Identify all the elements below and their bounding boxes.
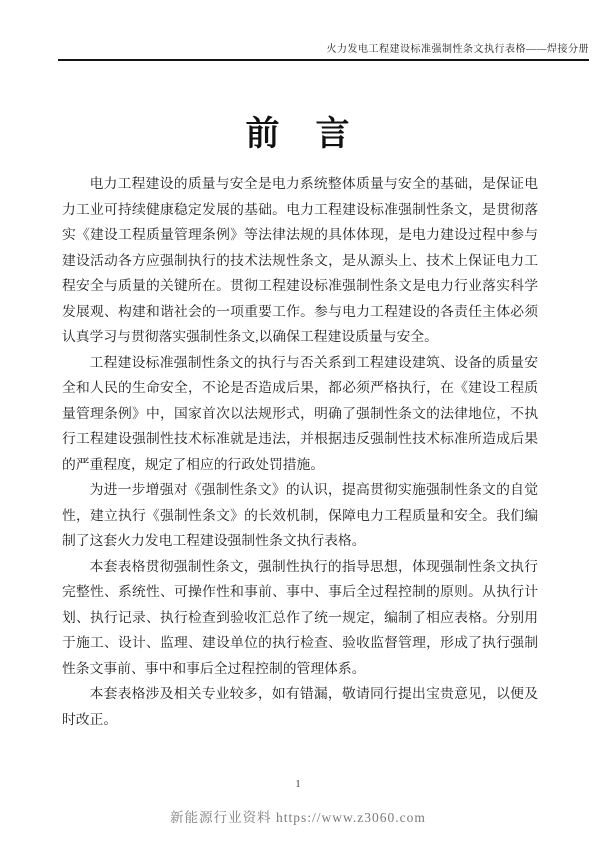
preface-body: 电力工程建设的质量与安全是电力系统整体质量与安全的基础，是保证电力工业可持续健康…: [62, 171, 538, 732]
paragraph: 本套表格涉及相关专业较多，如有错漏，敬请同行提出宝贵意见，以便及时改正。: [62, 681, 538, 732]
paragraph: 本套表格贯彻强制性条文，强制性执行的指导思想，体现强制性条文执行完整性、系统性、…: [62, 554, 538, 682]
watermark: 新能源行业资料 https://www.z3060.com: [0, 806, 596, 826]
page-number: 1: [0, 778, 596, 790]
document-page: 火力发电工程建设标准强制性条文执行表格——焊接分册 前 言 电力工程建设的质量与…: [0, 0, 596, 842]
running-header: 火力发电工程建设标准强制性条文执行表格——焊接分册: [58, 40, 589, 61]
page-title: 前 言: [0, 106, 596, 155]
paragraph: 为进一步增强对《强制性条文》的认识，提高贯彻实施强制性条文的自觉性，建立执行《强…: [62, 477, 538, 554]
paragraph: 电力工程建设的质量与安全是电力系统整体质量与安全的基础，是保证电力工业可持续健康…: [62, 171, 538, 350]
paragraph: 工程建设标准强制性条文的执行与否关系到工程建设建筑、设备的质量安全和人民的生命安…: [62, 350, 538, 478]
running-title: 火力发电工程建设标准强制性条文执行表格——焊接分册: [327, 44, 590, 55]
